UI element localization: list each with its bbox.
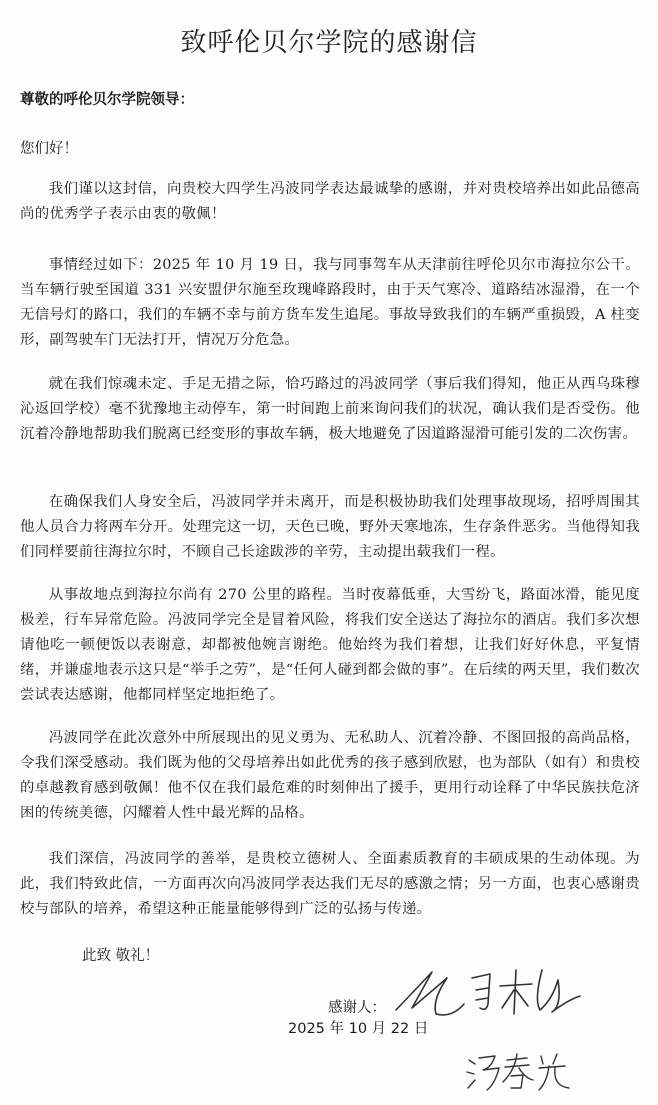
paragraph-assistance: 在确保我们人身安全后，冯波同学并未离开，而是积极协助我们处理事故现场，招呼周围其… (20, 490, 640, 565)
closing: 此致 敬礼！ (82, 944, 159, 965)
paragraph-accident: 事情经过如下：2025 年 10 月 19 日，我与同事驾车从天津前往呼伦贝尔市… (20, 253, 640, 353)
handwritten-signature-2 (465, 1050, 575, 1095)
signer-label: 感谢人： (328, 996, 386, 1017)
paragraph-rescue: 就在我们惊魂未定、手足无措之际，恰巧路过的冯波同学（事后我们得知，他正从西乌珠穆… (20, 372, 640, 447)
paragraph-conclusion: 我们深信，冯波同学的善举，是贵校立德树人、全面素质教育的丰硕成果的生动体现。为此… (20, 847, 640, 922)
letter-page: 致呼伦贝尔学院的感谢信 尊敬的呼伦贝尔学院领导： 您们好！ 我们谨以这封信，向贵… (0, 0, 658, 1105)
salutation: 尊敬的呼伦贝尔学院领导： (20, 88, 194, 109)
letter-title: 致呼伦贝尔学院的感谢信 (0, 22, 658, 59)
greeting: 您们好！ (20, 137, 78, 158)
letter-date: 2025 年 10 月 22 日 (288, 1017, 428, 1038)
paragraph-intro: 我们谨以这封信，向贵校大四学生冯波同学表达最诚挚的感谢，并对贵校培养出如此品德高… (20, 177, 640, 227)
paragraph-praise: 冯波同学在此次意外中所展现出的见义勇为、无私助人、沉着冷静、不图回报的高尚品格，… (20, 726, 640, 826)
handwritten-signature-1 (392, 960, 582, 1020)
paragraph-journey: 从事故地点到海拉尔尚有 270 公里的路程。当时夜幕低垂，大雪纷飞，路面冰滑，能… (20, 583, 640, 708)
